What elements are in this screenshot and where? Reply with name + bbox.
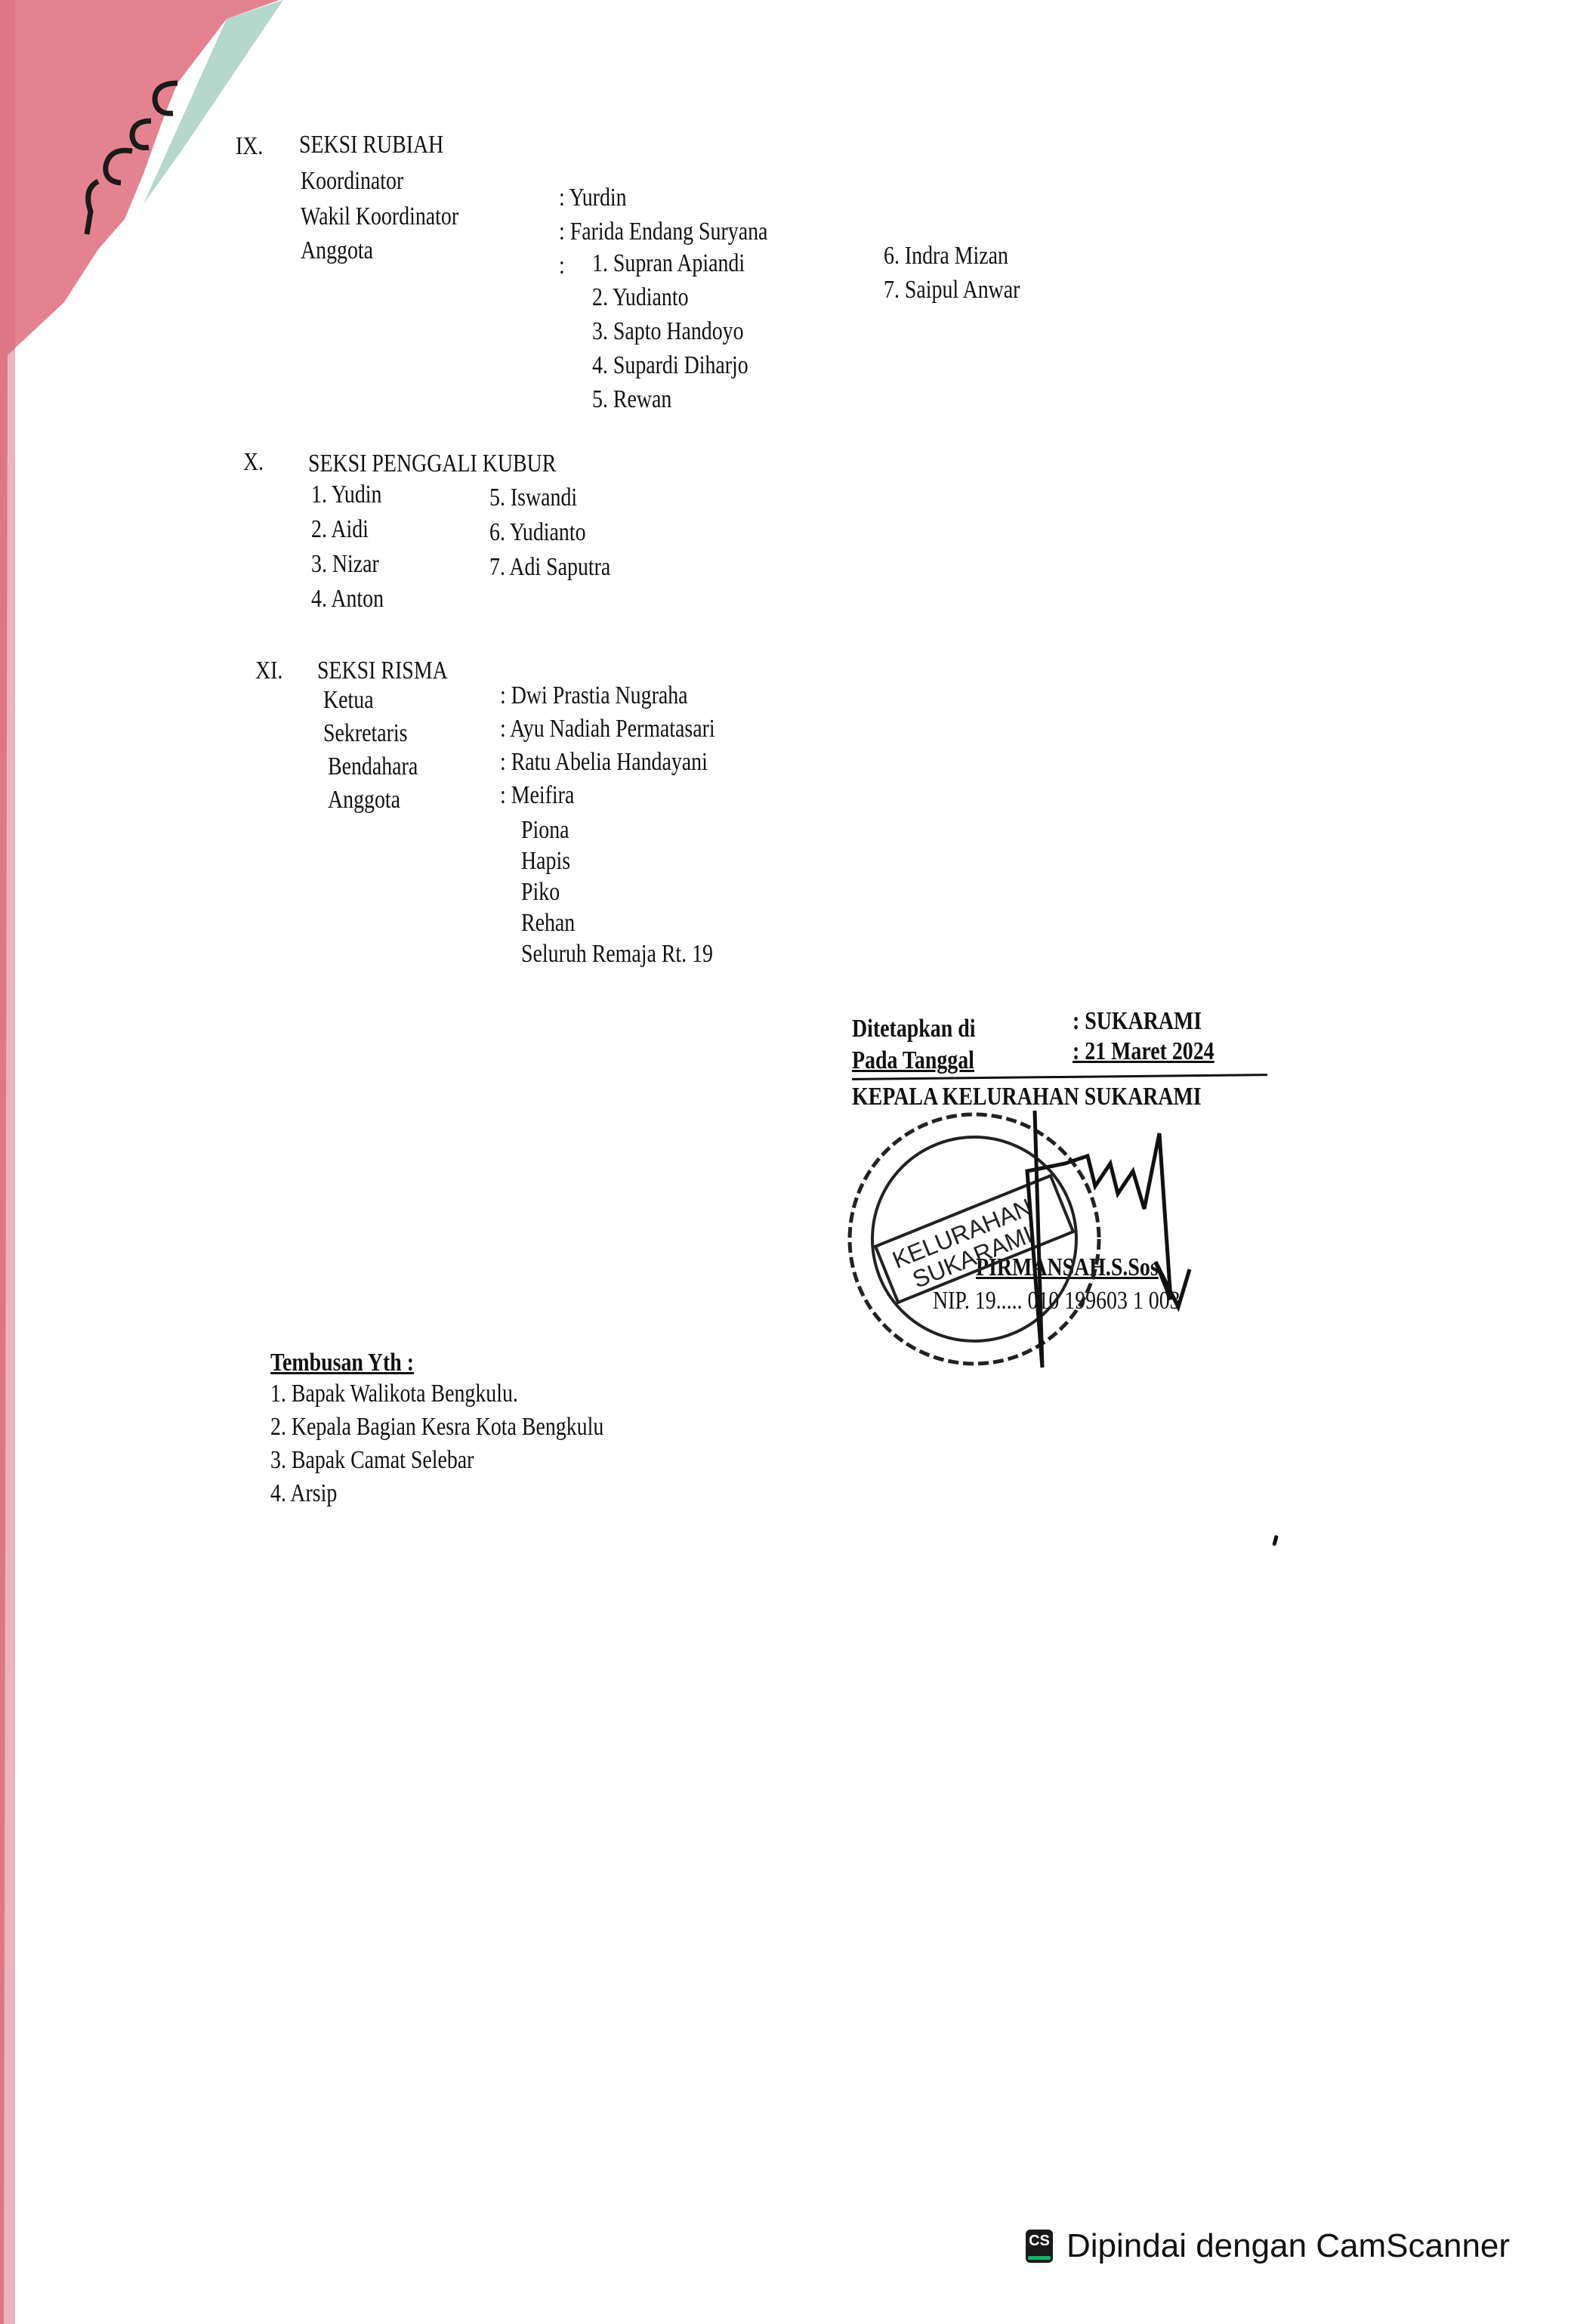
- list-item: Rehan: [521, 909, 575, 938]
- koordinator-value: : Yurdin: [559, 181, 627, 215]
- field-value: : Meifira: [500, 781, 574, 810]
- field-label: Bendahara: [328, 753, 418, 781]
- tanggal-label: Pada Tanggal: [852, 1044, 974, 1077]
- tanggal-value: : 21 Maret 2024: [1073, 1035, 1215, 1068]
- section-title: SEKSI PENGGALI KUBUR: [308, 447, 556, 481]
- list-item: Hapis: [521, 847, 570, 876]
- section-numeral: X.: [243, 446, 264, 479]
- ornament-icon: [87, 83, 177, 234]
- list-item: 6. Yudianto: [489, 518, 586, 547]
- section-title: SEKSI RISMA: [317, 654, 448, 688]
- field-label: Sekretaris: [323, 719, 407, 748]
- ink-mark: [1272, 1535, 1278, 1547]
- list-item: 4. Arsip: [270, 1479, 337, 1508]
- list-item: Piko: [521, 878, 560, 907]
- list-item: 2. Aidi: [311, 515, 369, 544]
- wakil-koordinator-label: Wakil Koordinator: [301, 200, 458, 233]
- list-item: 1. Yudin: [311, 481, 381, 509]
- section-numeral: XI.: [255, 654, 282, 688]
- field-value: : Ratu Abelia Handayani: [500, 748, 708, 777]
- field-value: : Dwi Prastia Nugraha: [500, 681, 688, 710]
- wakil-koordinator-value: : Farida Endang Suryana: [559, 215, 767, 249]
- pink-folder-background: [0, 0, 1571, 2324]
- list-item: 7. Saipul Anwar: [884, 276, 1020, 304]
- list-item: Piona: [521, 816, 569, 845]
- ditetapkan-label: Ditetapkan di: [852, 1012, 975, 1046]
- list-item: 3. Bapak Camat Selebar: [270, 1446, 474, 1475]
- camscanner-watermark: CS Dipindai dengan CamScanner: [1026, 2227, 1510, 2265]
- list-item: 4. Anton: [311, 585, 384, 613]
- list-item: 3. Nizar: [311, 550, 379, 579]
- anggota-label: Anggota: [301, 234, 373, 267]
- list-item: 6. Indra Mizan: [884, 242, 1008, 270]
- official-nip: NIP. 19..... 010 199603 1 003: [933, 1284, 1181, 1318]
- field-value: : Ayu Nadiah Permatasari: [500, 715, 715, 743]
- list-item: 2. Yudianto: [592, 283, 689, 312]
- list-item: 5. Iswandi: [489, 484, 577, 512]
- list-item: 3. Sapto Handoyo: [592, 317, 744, 346]
- section-numeral: IX.: [236, 130, 263, 163]
- camscanner-text: Dipindai dengan CamScanner: [1066, 2227, 1510, 2265]
- list-item: 1. Supran Apiandi: [592, 249, 745, 278]
- list-item: 1. Bapak Walikota Bengkulu.: [270, 1380, 518, 1408]
- list-item: Seluruh Remaja Rt. 19: [521, 940, 713, 969]
- office-title: KEPALA KELURAHAN SUKARAMI: [852, 1080, 1202, 1114]
- signature-icon: [982, 1111, 1254, 1383]
- koordinator-label: Koordinator: [301, 165, 403, 198]
- official-name: PIRMANSAH.S.Sos: [976, 1251, 1159, 1284]
- official-stamp-icon: KELURAHAN SUKARAMI: [838, 1096, 1125, 1383]
- camscanner-logo-icon: CS: [1026, 2230, 1053, 2263]
- field-label: Anggota: [328, 786, 400, 814]
- anggota-colon: :: [559, 249, 565, 283]
- list-item: 2. Kepala Bagian Kesra Kota Bengkulu: [270, 1413, 603, 1442]
- ditetapkan-value: : SUKARAMI: [1073, 1005, 1202, 1038]
- list-item: 5. Rewan: [592, 385, 671, 414]
- tembusan-title: Tembusan Yth :: [270, 1346, 414, 1380]
- list-item: 4. Supardi Diharjo: [592, 351, 748, 380]
- field-label: Ketua: [323, 686, 374, 715]
- list-item: 7. Adi Saputra: [489, 553, 610, 582]
- section-title: SEKSI RUBIAH: [299, 128, 443, 162]
